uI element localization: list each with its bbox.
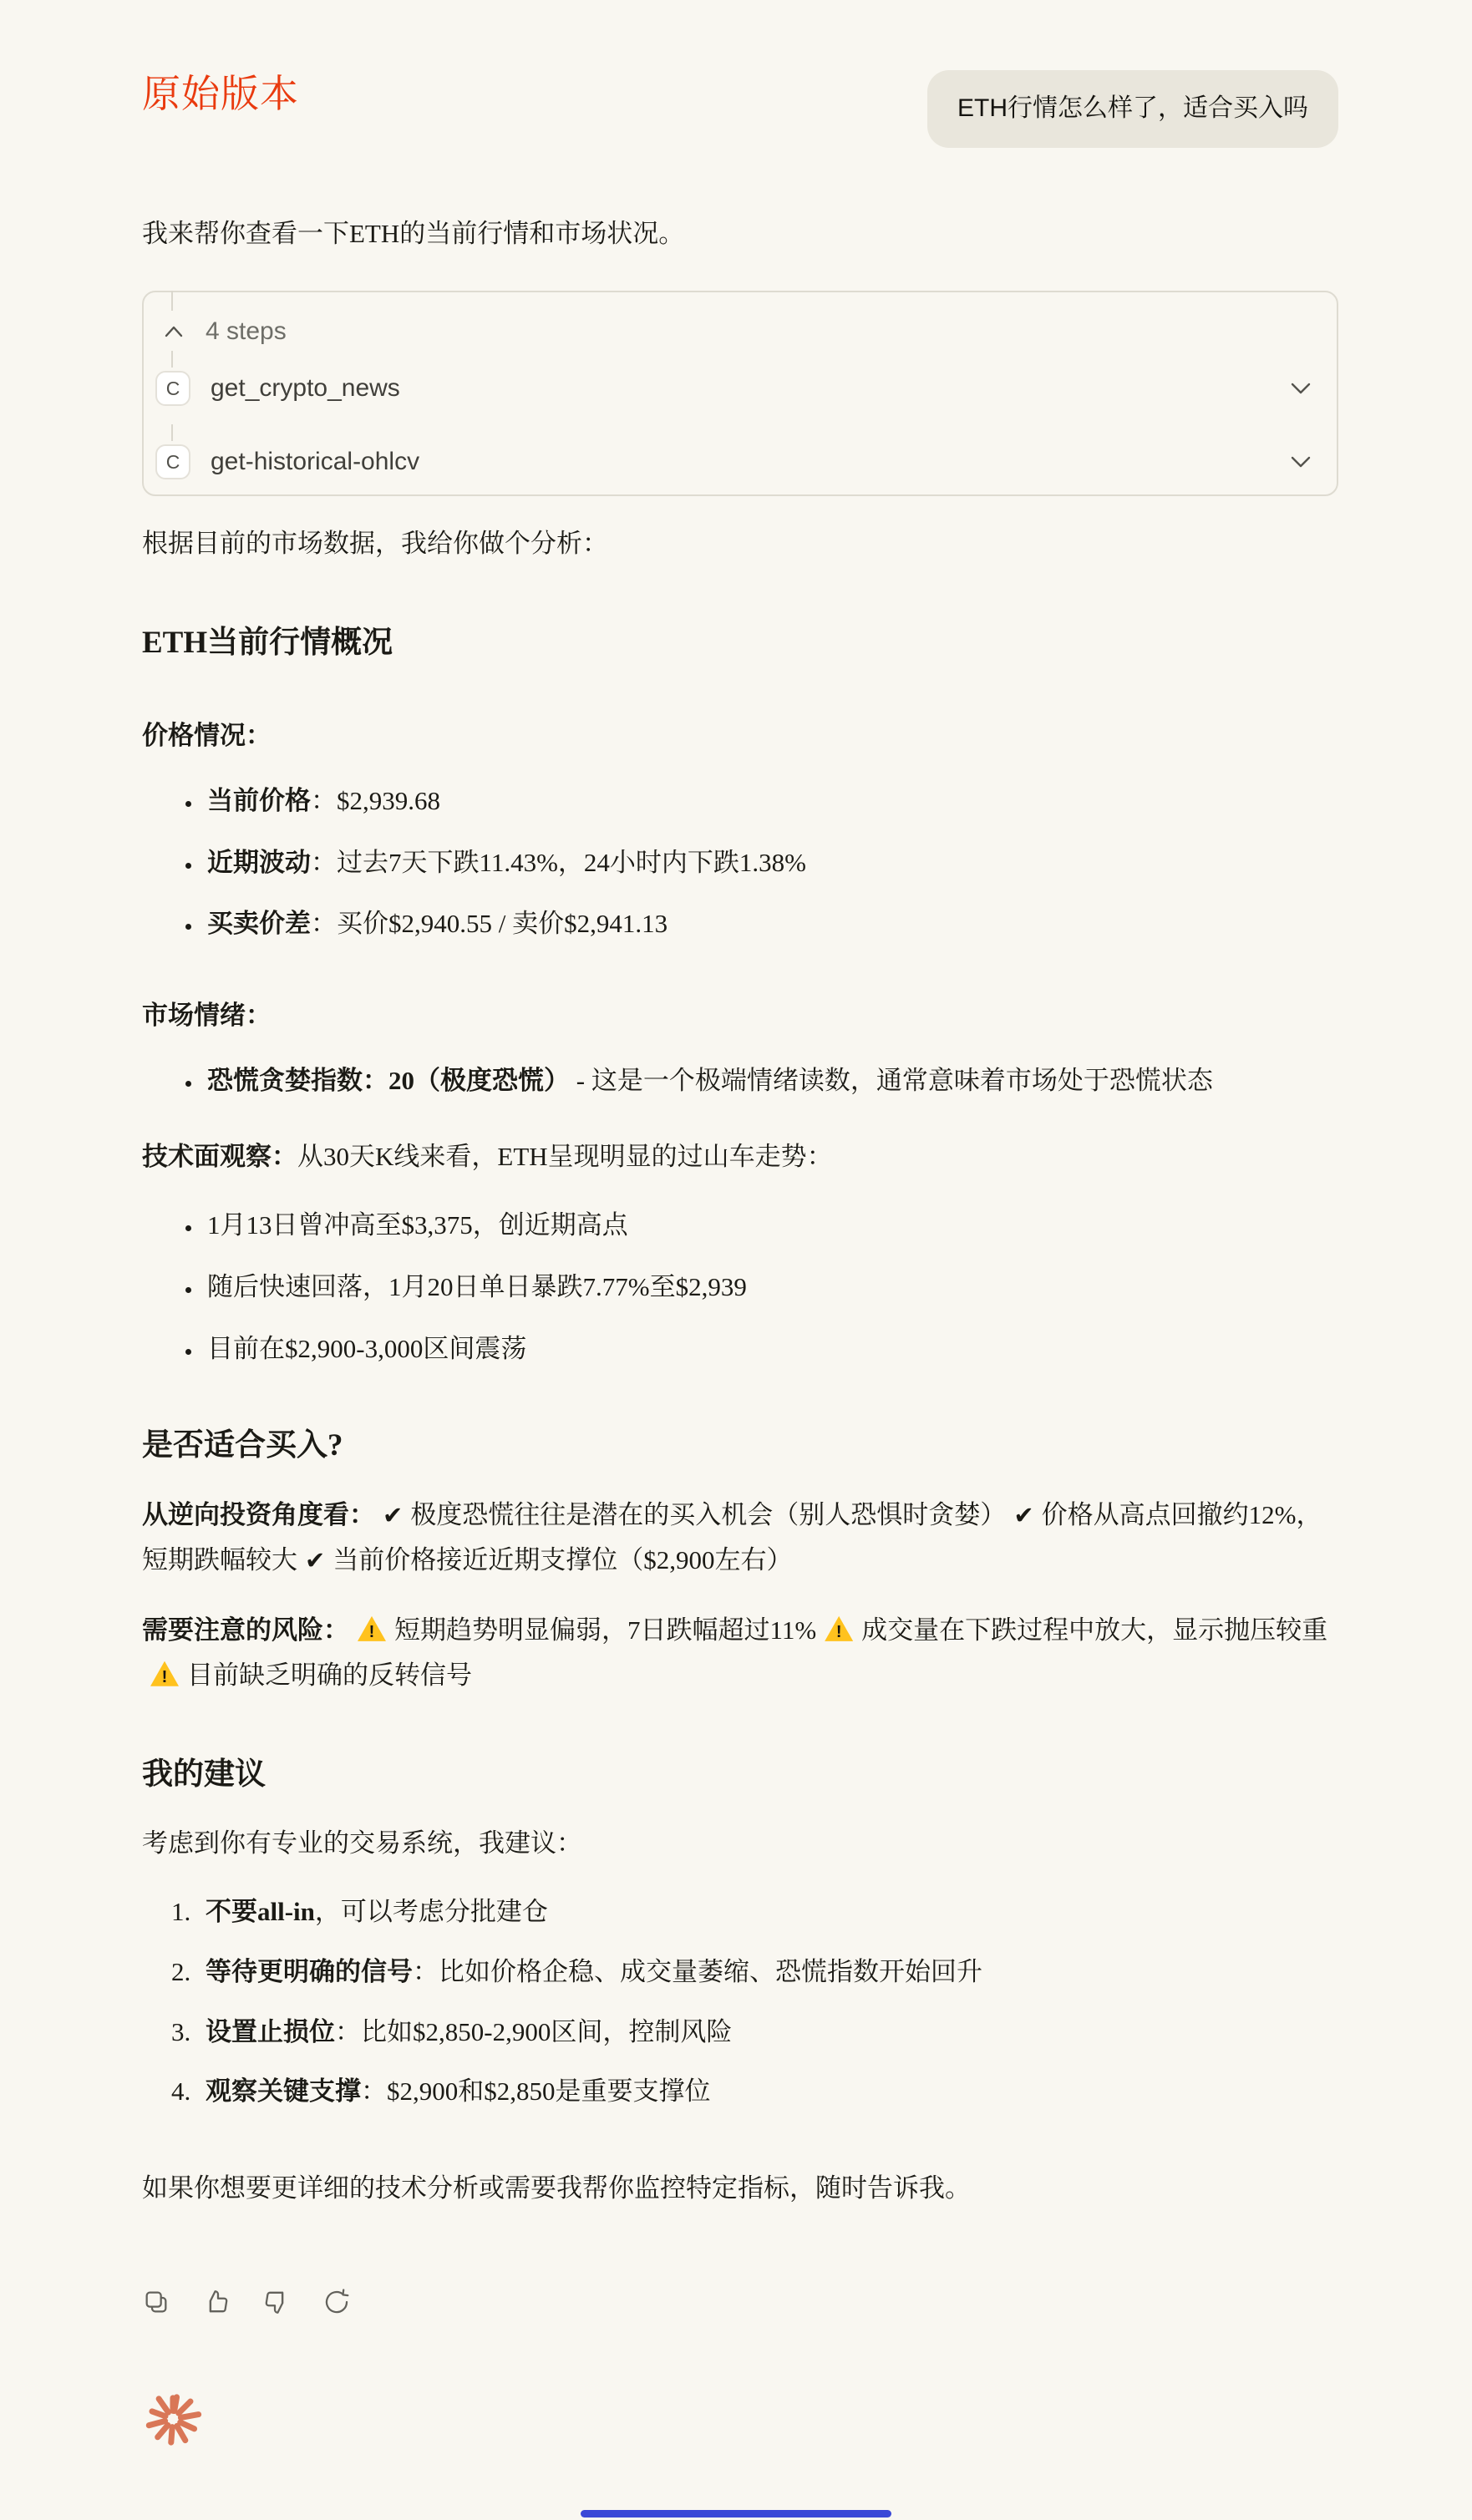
message-list: 不要all-in，可以考虑分批建仓等待更明确的信号：比如价格企稳、成交量萎缩、恐…	[142, 1891, 1338, 2112]
message-paragraph: 价格情况：	[142, 713, 1338, 758]
text-run: 如果你想要更详细的技术分析或需要我帮你监控特定指标，随时告诉我。	[142, 2173, 971, 2203]
thumbs-down-button[interactable]	[262, 2288, 291, 2316]
list-item: 不要all-in，可以考虑分批建仓	[197, 1891, 1338, 1933]
list-item: 随后快速回落，1月20日单日暴跌7.77%至$2,939	[202, 1266, 1338, 1308]
chevron-up-icon	[164, 325, 184, 338]
text-run: 需要注意的风险：	[142, 1615, 349, 1645]
step-label: get_crypto_news	[211, 374, 1270, 403]
text-run: 随后快速回落，1月20日单日暴跌7.77%至$2,939	[207, 1272, 747, 1301]
warning-icon	[358, 1616, 386, 1641]
user-message-text: ETH行情怎么样了，适合买入吗	[957, 94, 1308, 122]
list-item: 等待更明确的信号：比如价格企稳、成交量萎缩、恐慌指数开始回升	[197, 1951, 1338, 1993]
list-item: 当前价格：$2,939.68	[202, 780, 1338, 822]
message-paragraph: 需要注意的风险：短期趋势明显偏弱，7日跌幅超过11%成交量在下跌过程中放大，显示…	[142, 1608, 1338, 1698]
text-run: 考虑到你有专业的交易系统，我建议：	[142, 1828, 582, 1858]
text-run: 当前价格接近近期支撑位（$2,900左右）	[332, 1545, 792, 1574]
check-icon: ✔	[383, 1501, 403, 1529]
text-run: ，可以考虑分批建仓	[315, 1897, 548, 1926]
header: 原始版本 ETH行情怎么样了，适合买入吗	[142, 0, 1338, 148]
steps-summary-toggle[interactable]: 4 steps	[164, 317, 287, 346]
list-item: 目前在$2,900-3,000区间震荡	[202, 1328, 1338, 1370]
message-paragraph: 市场情绪：	[142, 993, 1338, 1038]
copy-icon	[142, 2288, 170, 2316]
text-run: 市场情绪：	[142, 1001, 272, 1030]
text-run: 当前价格	[207, 786, 311, 815]
message-list: 1月13日曾冲高至$3,375，创近期高点随后快速回落，1月20日单日暴跌7.7…	[142, 1204, 1338, 1369]
list-item: 买卖价差：买价$2,940.55 / 卖价$2,941.13	[202, 903, 1338, 945]
text-run: 等待更明确的信号	[206, 1957, 413, 1986]
user-message-bubble: ETH行情怎么样了，适合买入吗	[927, 70, 1338, 148]
check-icon: ✔	[305, 1546, 325, 1574]
list-item: 1月13日曾冲高至$3,375，创近期高点	[202, 1204, 1338, 1246]
version-label: 原始版本	[142, 70, 299, 119]
copy-button[interactable]	[142, 2288, 170, 2316]
step-item-get-crypto-news[interactable]: C get_crypto_news	[155, 371, 1312, 406]
message-paragraph: 技术面观察：从30天K线来看，ETH呈现明显的过山车走势：	[142, 1134, 1338, 1179]
text-run: 我的建议	[142, 1757, 266, 1792]
section-heading: 是否适合买入?	[142, 1424, 1338, 1468]
text-run: 根据目前的市场数据，我给你做个分析：	[142, 529, 608, 558]
check-icon: ✔	[1013, 1501, 1033, 1529]
chat-content: 原始版本 ETH行情怎么样了，适合买入吗 我来帮你查看一下ETH的当前行情和市场…	[142, 0, 1338, 2450]
step-item-get-historical-ohlcv[interactable]: C get-historical-ohlcv	[155, 444, 1312, 479]
text-run: ：$2,939.68	[311, 786, 440, 815]
text-run: ：过去7天下跌11.43%，24小时内下跌1.38%	[311, 848, 806, 877]
text-run: 目前在$2,900-3,000区间震荡	[207, 1334, 526, 1363]
message-actions	[142, 2288, 1338, 2316]
text-run: 价格情况：	[142, 721, 272, 750]
list-item: 恐慌贪婪指数：20（极度恐慌） - 这是一个极端情绪读数，通常意味着市场处于恐慌…	[202, 1060, 1338, 1102]
text-run: 观察关键支撑	[206, 2076, 361, 2106]
warning-icon	[150, 1661, 179, 1686]
text-run: ：比如价格企稳、成交量萎缩、恐慌指数开始回升	[413, 1957, 982, 1986]
connector-line	[171, 351, 173, 368]
text-run: ：比如$2,850-2,900区间，控制风险	[335, 2017, 732, 2046]
message-list: 恐慌贪婪指数：20（极度恐慌） - 这是一个极端情绪读数，通常意味着市场处于恐慌…	[142, 1060, 1338, 1102]
thumbs-up-icon	[202, 2288, 231, 2316]
home-indicator-bar	[581, 2510, 891, 2517]
warning-icon	[825, 1616, 853, 1641]
connector-line	[171, 291, 173, 311]
text-run: 是否适合买入?	[142, 1428, 343, 1463]
tool-badge: C	[155, 444, 190, 479]
step-label: get-historical-ohlcv	[211, 448, 1270, 476]
tool-badge: C	[155, 371, 190, 406]
text-run: 短期趋势明显偏弱，7日跌幅超过11%	[394, 1615, 816, 1645]
list-item: 近期波动：过去7天下跌11.43%，24小时内下跌1.38%	[202, 842, 1338, 884]
chevron-down-icon	[1290, 382, 1312, 395]
text-run: 不要all-in	[206, 1897, 315, 1926]
text-run: 成交量在下跌过程中放大，显示抛压较重	[861, 1615, 1327, 1645]
retry-button[interactable]	[322, 2288, 351, 2316]
text-run: 技术面观察：	[142, 1142, 297, 1171]
text-run: 近期波动	[207, 848, 311, 877]
section-heading: 我的建议	[142, 1753, 1338, 1797]
claude-spark-icon	[142, 2388, 204, 2450]
text-run: 恐慌贪婪指数：20（极度恐慌）	[207, 1066, 570, 1095]
list-item: 观察关键支撑：$2,900和$2,850是重要支撑位	[197, 2071, 1338, 2112]
message-paragraph: 根据目前的市场数据，我给你做个分析：	[142, 521, 1338, 566]
text-run: 从逆向投资角度看：	[142, 1500, 375, 1529]
message-list: 当前价格：$2,939.68近期波动：过去7天下跌11.43%，24小时内下跌1…	[142, 780, 1338, 945]
text-run: 从30天K线来看，ETH呈现明显的过山车走势：	[297, 1142, 833, 1171]
message-paragraph: 考虑到你有专业的交易系统，我建议：	[142, 1821, 1338, 1866]
chevron-down-icon	[1290, 455, 1312, 469]
thumbs-down-icon	[262, 2288, 291, 2316]
steps-count-label: 4 steps	[206, 317, 287, 346]
assistant-intro: 我来帮你查看一下ETH的当前行情和市场状况。	[142, 211, 1338, 256]
message-blocks: 根据目前的市场数据，我给你做个分析：ETH当前行情概况价格情况：当前价格：$2,…	[142, 521, 1338, 2210]
list-item: 设置止损位：比如$2,850-2,900区间，控制风险	[197, 2011, 1338, 2053]
connector-line	[171, 424, 173, 441]
text-run: 买卖价差	[207, 909, 311, 938]
text-run: ：$2,900和$2,850是重要支撑位	[361, 2076, 711, 2106]
section-heading: ETH当前行情概况	[142, 621, 1338, 665]
text-run: - 这是一个极端情绪读数，通常意味着市场处于恐慌状态	[570, 1066, 1213, 1095]
text-run: 目前缺乏明确的反转信号	[187, 1661, 472, 1690]
text-run: 设置止损位	[206, 2017, 335, 2046]
message-paragraph: 从逆向投资角度看：✔极度恐慌往往是潜在的买入机会（别人恐惧时贪婪）✔价格从高点回…	[142, 1493, 1338, 1583]
text-run: 1月13日曾冲高至$3,375，创近期高点	[207, 1210, 628, 1240]
thumbs-up-button[interactable]	[202, 2288, 231, 2316]
text-run: ：买价$2,940.55 / 卖价$2,941.13	[311, 909, 667, 938]
steps-panel: 4 steps C get_crypto_news C get-historic…	[142, 291, 1338, 496]
text-run: ETH当前行情概况	[142, 626, 393, 660]
message-paragraph: 如果你想要更详细的技术分析或需要我帮你监控特定指标，随时告诉我。	[142, 2166, 1338, 2211]
retry-icon	[322, 2288, 351, 2316]
text-run: 极度恐慌往往是潜在的买入机会（别人恐惧时贪婪）	[410, 1500, 1006, 1529]
